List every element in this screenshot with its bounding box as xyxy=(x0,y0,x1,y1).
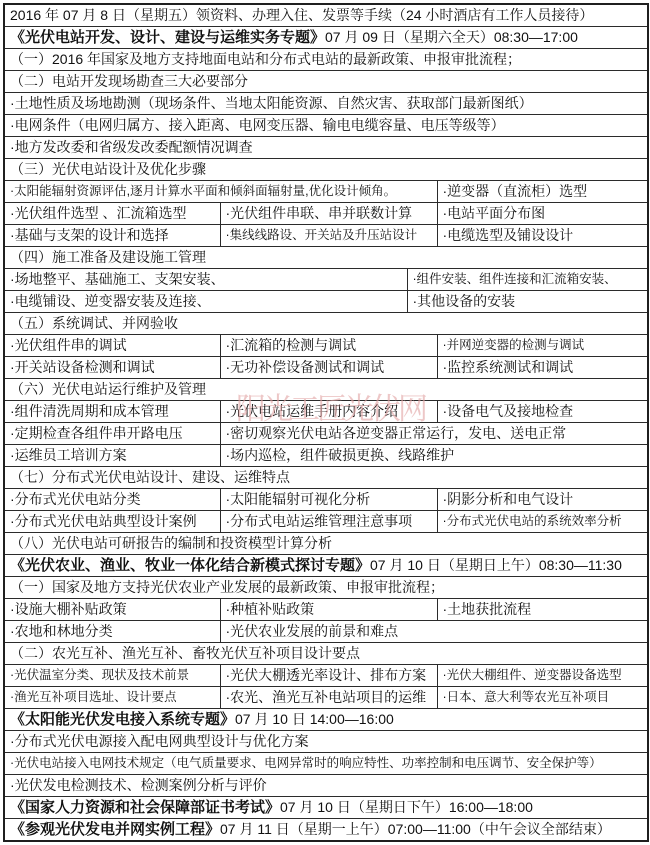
table-row: （二）电站开发现场勘查三大必要部分 xyxy=(4,71,648,93)
schedule-cell: ·定期检查各组件串开路电压 xyxy=(4,423,220,445)
table-row: ·太阳能辐射资源评估,逐月计算水平面和倾斜面辐射量,优化设计倾角。·逆变器（直流… xyxy=(4,181,648,203)
table-row: （八）光伏电站可研报告的编制和投资模型计算分析 xyxy=(4,533,648,555)
table-row: ·光伏组件串的调试·汇流箱的检测与调试·并网逆变器的检测与调试 xyxy=(4,335,648,357)
schedule-cell: ·并网逆变器的检测与调试 xyxy=(437,335,648,357)
schedule-cell: ·场地整平、基础施工、支架安装、 xyxy=(4,269,407,291)
schedule-cell: ·太阳能辐射资源评估,逐月计算水平面和倾斜面辐射量,优化设计倾角。 xyxy=(4,181,437,203)
schedule-cell: ·组件安装、组件连接和汇流箱安装、 xyxy=(407,269,648,291)
table-row: 《国家人力资源和社会保障部证书考试》07 月 10 日（星期日下午）16:00—… xyxy=(4,797,648,819)
schedule-cell: ·光伏农业发展的前景和难点 xyxy=(220,621,648,643)
schedule-cell: ·光伏温室分类、现状及技术前景 xyxy=(4,665,220,687)
table-row: ·分布式光伏电站典型设计案例·分布式电站运维管理注意事项·分布式光伏电站的系统效… xyxy=(4,511,648,533)
table-row: ·设施大棚补贴政策·种植补贴政策·土地获批流程 xyxy=(4,599,648,621)
table-row: （二）农光互补、渔光互补、畜牧光伏互补项目设计要点 xyxy=(4,643,648,665)
table-row: ·地方发改委和省级发改委配额情况调查 xyxy=(4,137,648,159)
table-row: ·渔光互补项目选址、设计要点·农光、渔光互补电站项目的运维·日本、意大利等农光互… xyxy=(4,687,648,709)
table-row: ·电缆铺设、逆变器安装及连接、·其他设备的安装 xyxy=(4,291,648,313)
table-row: ·定期检查各组件串开路电压·密切观察光伏电站各逆变器正常运行，发电、送电正常 xyxy=(4,423,648,445)
session-datetime: 07 月 10 日 14:00—16:00 xyxy=(235,711,394,727)
schedule-table: 2016 年 07 月 8 日（星期五）领资料、办理入住、发票等手续（24 小时… xyxy=(3,3,649,842)
schedule-cell: ·光伏大棚组件、逆变器设备选型 xyxy=(437,665,648,687)
schedule-cell: （八）光伏电站可研报告的编制和投资模型计算分析 xyxy=(4,533,648,555)
table-row: ·光伏电站接入电网技术规定（电气质量要求、电网异常时的响应特性、功率控制和电压调… xyxy=(4,753,648,775)
schedule-cell: ·光伏组件选型 、汇流箱选型 xyxy=(4,203,220,225)
schedule-cell: （三）光伏电站设计及优化步骤 xyxy=(4,159,648,181)
table-row: ·基础与支架的设计和选择·集线线路设、开关站及升压站设计·电缆选型及铺设设计 xyxy=(4,225,648,247)
schedule-cell: ·光伏组件串的调试 xyxy=(4,335,220,357)
table-row: （四）施工准备及建设施工管理 xyxy=(4,247,648,269)
session-datetime: 07 月 10 日（星期日上午）08:30—11:30 xyxy=(370,557,622,573)
schedule-cell: ·农光、渔光互补电站项目的运维 xyxy=(220,687,437,709)
schedule-cell: ·密切观察光伏电站各逆变器正常运行，发电、送电正常 xyxy=(220,423,648,445)
session-datetime: 07 月 10 日（星期日下午）16:00—18:00 xyxy=(280,799,533,815)
schedule-cell: ·开关站设备检测和调试 xyxy=(4,357,220,379)
table-row: ·运维员工培训方案·场内巡检，组件破损更换、线路维护 xyxy=(4,445,648,467)
schedule-cell: ·光伏组件串联、串并联数计算 xyxy=(220,203,437,225)
schedule-cell: ·分布式电站运维管理注意事项 xyxy=(220,511,437,533)
session-title: 《国家人力资源和社会保障部证书考试》 xyxy=(10,799,280,816)
table-row: （七）分布式光伏电站设计、建设、运维特点 xyxy=(4,467,648,489)
table-row: （一）国家及地方支持光伏农业产业发展的最新政策、申报审批流程； xyxy=(4,577,648,599)
schedule-cell: （二）电站开发现场勘查三大必要部分 xyxy=(4,71,648,93)
schedule-cell: ·设施大棚补贴政策 xyxy=(4,599,220,621)
schedule-cell: ·监控系统测试和调试 xyxy=(437,357,648,379)
schedule-cell: ·分布式光伏电源接入配电网典型设计与优化方案 xyxy=(4,731,648,753)
table-row: 2016 年 07 月 8 日（星期五）领资料、办理入住、发票等手续（24 小时… xyxy=(4,4,648,27)
session-title: 《参观光伏发电并网实例工程》 xyxy=(10,821,220,838)
schedule-cell: ·阴影分析和电气设计 xyxy=(437,489,648,511)
table-row: ·土地性质及场地勘测（现场条件、当地太阳能资源、自然灾害、获取部门最新图纸） xyxy=(4,93,648,115)
schedule-cell: ·光伏电站接入电网技术规定（电气质量要求、电网异常时的响应特性、功率控制和电压调… xyxy=(4,753,648,775)
schedule-cell: （六）光伏电站运行维护及管理 xyxy=(4,379,648,401)
table-row: ·光伏组件选型 、汇流箱选型·光伏组件串联、串并联数计算·电站平面分布图 xyxy=(4,203,648,225)
schedule-cell: ·运维员工培训方案 xyxy=(4,445,220,467)
schedule-cell: （二）农光互补、渔光互补、畜牧光伏互补项目设计要点 xyxy=(4,643,648,665)
session-title: 《光伏农业、渔业、牧业一体化结合新模式探讨专题》 xyxy=(10,557,370,574)
schedule-cell: （一）2016 年国家及地方支持地面电站和分布式电站的最新政策、申报审批流程； xyxy=(4,49,648,71)
table-row: 《光伏农业、渔业、牧业一体化结合新模式探讨专题》07 月 10 日（星期日上午）… xyxy=(4,555,648,577)
schedule-cell: ·土地性质及场地勘测（现场条件、当地太阳能资源、自然灾害、获取部门最新图纸） xyxy=(4,93,648,115)
schedule-cell: ·逆变器（直流柜）选型 xyxy=(437,181,648,203)
schedule-cell: ·组件清洗周期和成本管理 xyxy=(4,401,220,423)
table-row: 《太阳能光伏发电接入系统专题》07 月 10 日 14:00—16:00 xyxy=(4,709,648,731)
session-datetime: 07 月 09 日（星期六全天）08:30—17:00 xyxy=(325,29,578,45)
schedule-cell: ·其他设备的安装 xyxy=(407,291,648,313)
schedule-cell: ·太阳能辐射可视化分析 xyxy=(220,489,437,511)
schedule-cell: ·电站平面分布图 xyxy=(437,203,648,225)
table-row: ·开关站设备检测和调试·无功补偿设备测试和调试·监控系统测试和调试 xyxy=(4,357,648,379)
session-title: 《太阳能光伏发电接入系统专题》 xyxy=(10,711,235,728)
schedule-cell: （五）系统调试、并网验收 xyxy=(4,313,648,335)
schedule-cell: ·场内巡检，组件破损更换、线路维护 xyxy=(220,445,648,467)
schedule-cell: ·渔光互补项目选址、设计要点 xyxy=(4,687,220,709)
table-row: （六）光伏电站运行维护及管理 xyxy=(4,379,648,401)
table-row: （五）系统调试、并网验收 xyxy=(4,313,648,335)
table-row: ·电网条件（电网归属方、接入距离、电网变压器、输电电缆容量、电压等级等） xyxy=(4,115,648,137)
schedule-cell: ·电网条件（电网归属方、接入距离、电网变压器、输电电缆容量、电压等级等） xyxy=(4,115,648,137)
schedule-page: 2016 年 07 月 8 日（星期五）领资料、办理入住、发票等手续（24 小时… xyxy=(0,3,650,845)
table-row: ·组件清洗周期和成本管理·光伏电站运维手册内容介绍·设备电气及接地检查 xyxy=(4,401,648,423)
schedule-cell: ·光伏电站运维手册内容介绍 xyxy=(220,401,437,423)
schedule-cell: ·土地获批流程 xyxy=(437,599,648,621)
schedule-cell: ·光伏大棚透光率设计、排布方案 xyxy=(220,665,437,687)
schedule-cell: ·地方发改委和省级发改委配额情况调查 xyxy=(4,137,648,159)
table-row: ·农地和林地分类·光伏农业发展的前景和难点 xyxy=(4,621,648,643)
schedule-cell: （一）国家及地方支持光伏农业产业发展的最新政策、申报审批流程； xyxy=(4,577,648,599)
session-header-cell: 《光伏农业、渔业、牧业一体化结合新模式探讨专题》07 月 10 日（星期日上午）… xyxy=(4,555,648,577)
table-row: ·分布式光伏电站分类·太阳能辐射可视化分析·阴影分析和电气设计 xyxy=(4,489,648,511)
session-datetime: 07 月 11 日（星期一上午）07:00—11:00（中午会议全部结束） xyxy=(220,821,611,837)
schedule-cell: ·分布式光伏电站典型设计案例 xyxy=(4,511,220,533)
schedule-cell: ·分布式光伏电站分类 xyxy=(4,489,220,511)
table-row: 《光伏电站开发、设计、建设与运维实务专题》07 月 09 日（星期六全天）08:… xyxy=(4,27,648,49)
schedule-cell: ·电缆选型及铺设设计 xyxy=(437,225,648,247)
table-row: 《参观光伏发电并网实例工程》07 月 11 日（星期一上午）07:00—11:0… xyxy=(4,819,648,842)
table-row: ·场地整平、基础施工、支架安装、·组件安装、组件连接和汇流箱安装、 xyxy=(4,269,648,291)
schedule-cell: ·种植补贴政策 xyxy=(220,599,437,621)
session-header-cell: 《光伏电站开发、设计、建设与运维实务专题》07 月 09 日（星期六全天）08:… xyxy=(4,27,648,49)
schedule-cell: （四）施工准备及建设施工管理 xyxy=(4,247,648,269)
table-row: ·光伏温室分类、现状及技术前景·光伏大棚透光率设计、排布方案·光伏大棚组件、逆变… xyxy=(4,665,648,687)
session-header-cell: 《太阳能光伏发电接入系统专题》07 月 10 日 14:00—16:00 xyxy=(4,709,648,731)
session-header-cell: 《参观光伏发电并网实例工程》07 月 11 日（星期一上午）07:00—11:0… xyxy=(4,819,648,842)
session-title: 《光伏电站开发、设计、建设与运维实务专题》 xyxy=(10,29,325,46)
table-row: ·光伏发电检测技术、检测案例分析与评价 xyxy=(4,775,648,797)
schedule-cell: ·集线线路设、开关站及升压站设计 xyxy=(220,225,437,247)
table-row: ·分布式光伏电源接入配电网典型设计与优化方案 xyxy=(4,731,648,753)
schedule-cell: ·分布式光伏电站的系统效率分析 xyxy=(437,511,648,533)
schedule-cell: ·日本、意大利等农光互补项目 xyxy=(437,687,648,709)
schedule-cell: ·汇流箱的检测与调试 xyxy=(220,335,437,357)
schedule-cell: ·设备电气及接地检查 xyxy=(437,401,648,423)
schedule-cell: （七）分布式光伏电站设计、建设、运维特点 xyxy=(4,467,648,489)
session-header-cell: 《国家人力资源和社会保障部证书考试》07 月 10 日（星期日下午）16:00—… xyxy=(4,797,648,819)
schedule-cell: ·电缆铺设、逆变器安装及连接、 xyxy=(4,291,407,313)
schedule-cell: ·无功补偿设备测试和调试 xyxy=(220,357,437,379)
table-row: （一）2016 年国家及地方支持地面电站和分布式电站的最新政策、申报审批流程； xyxy=(4,49,648,71)
schedule-cell: ·农地和林地分类 xyxy=(4,621,220,643)
table-row: （三）光伏电站设计及优化步骤 xyxy=(4,159,648,181)
schedule-cell: 2016 年 07 月 8 日（星期五）领资料、办理入住、发票等手续（24 小时… xyxy=(4,4,648,27)
schedule-cell: ·基础与支架的设计和选择 xyxy=(4,225,220,247)
schedule-cell: ·光伏发电检测技术、检测案例分析与评价 xyxy=(4,775,648,797)
schedule-table-body: 2016 年 07 月 8 日（星期五）领资料、办理入住、发票等手续（24 小时… xyxy=(4,4,648,841)
